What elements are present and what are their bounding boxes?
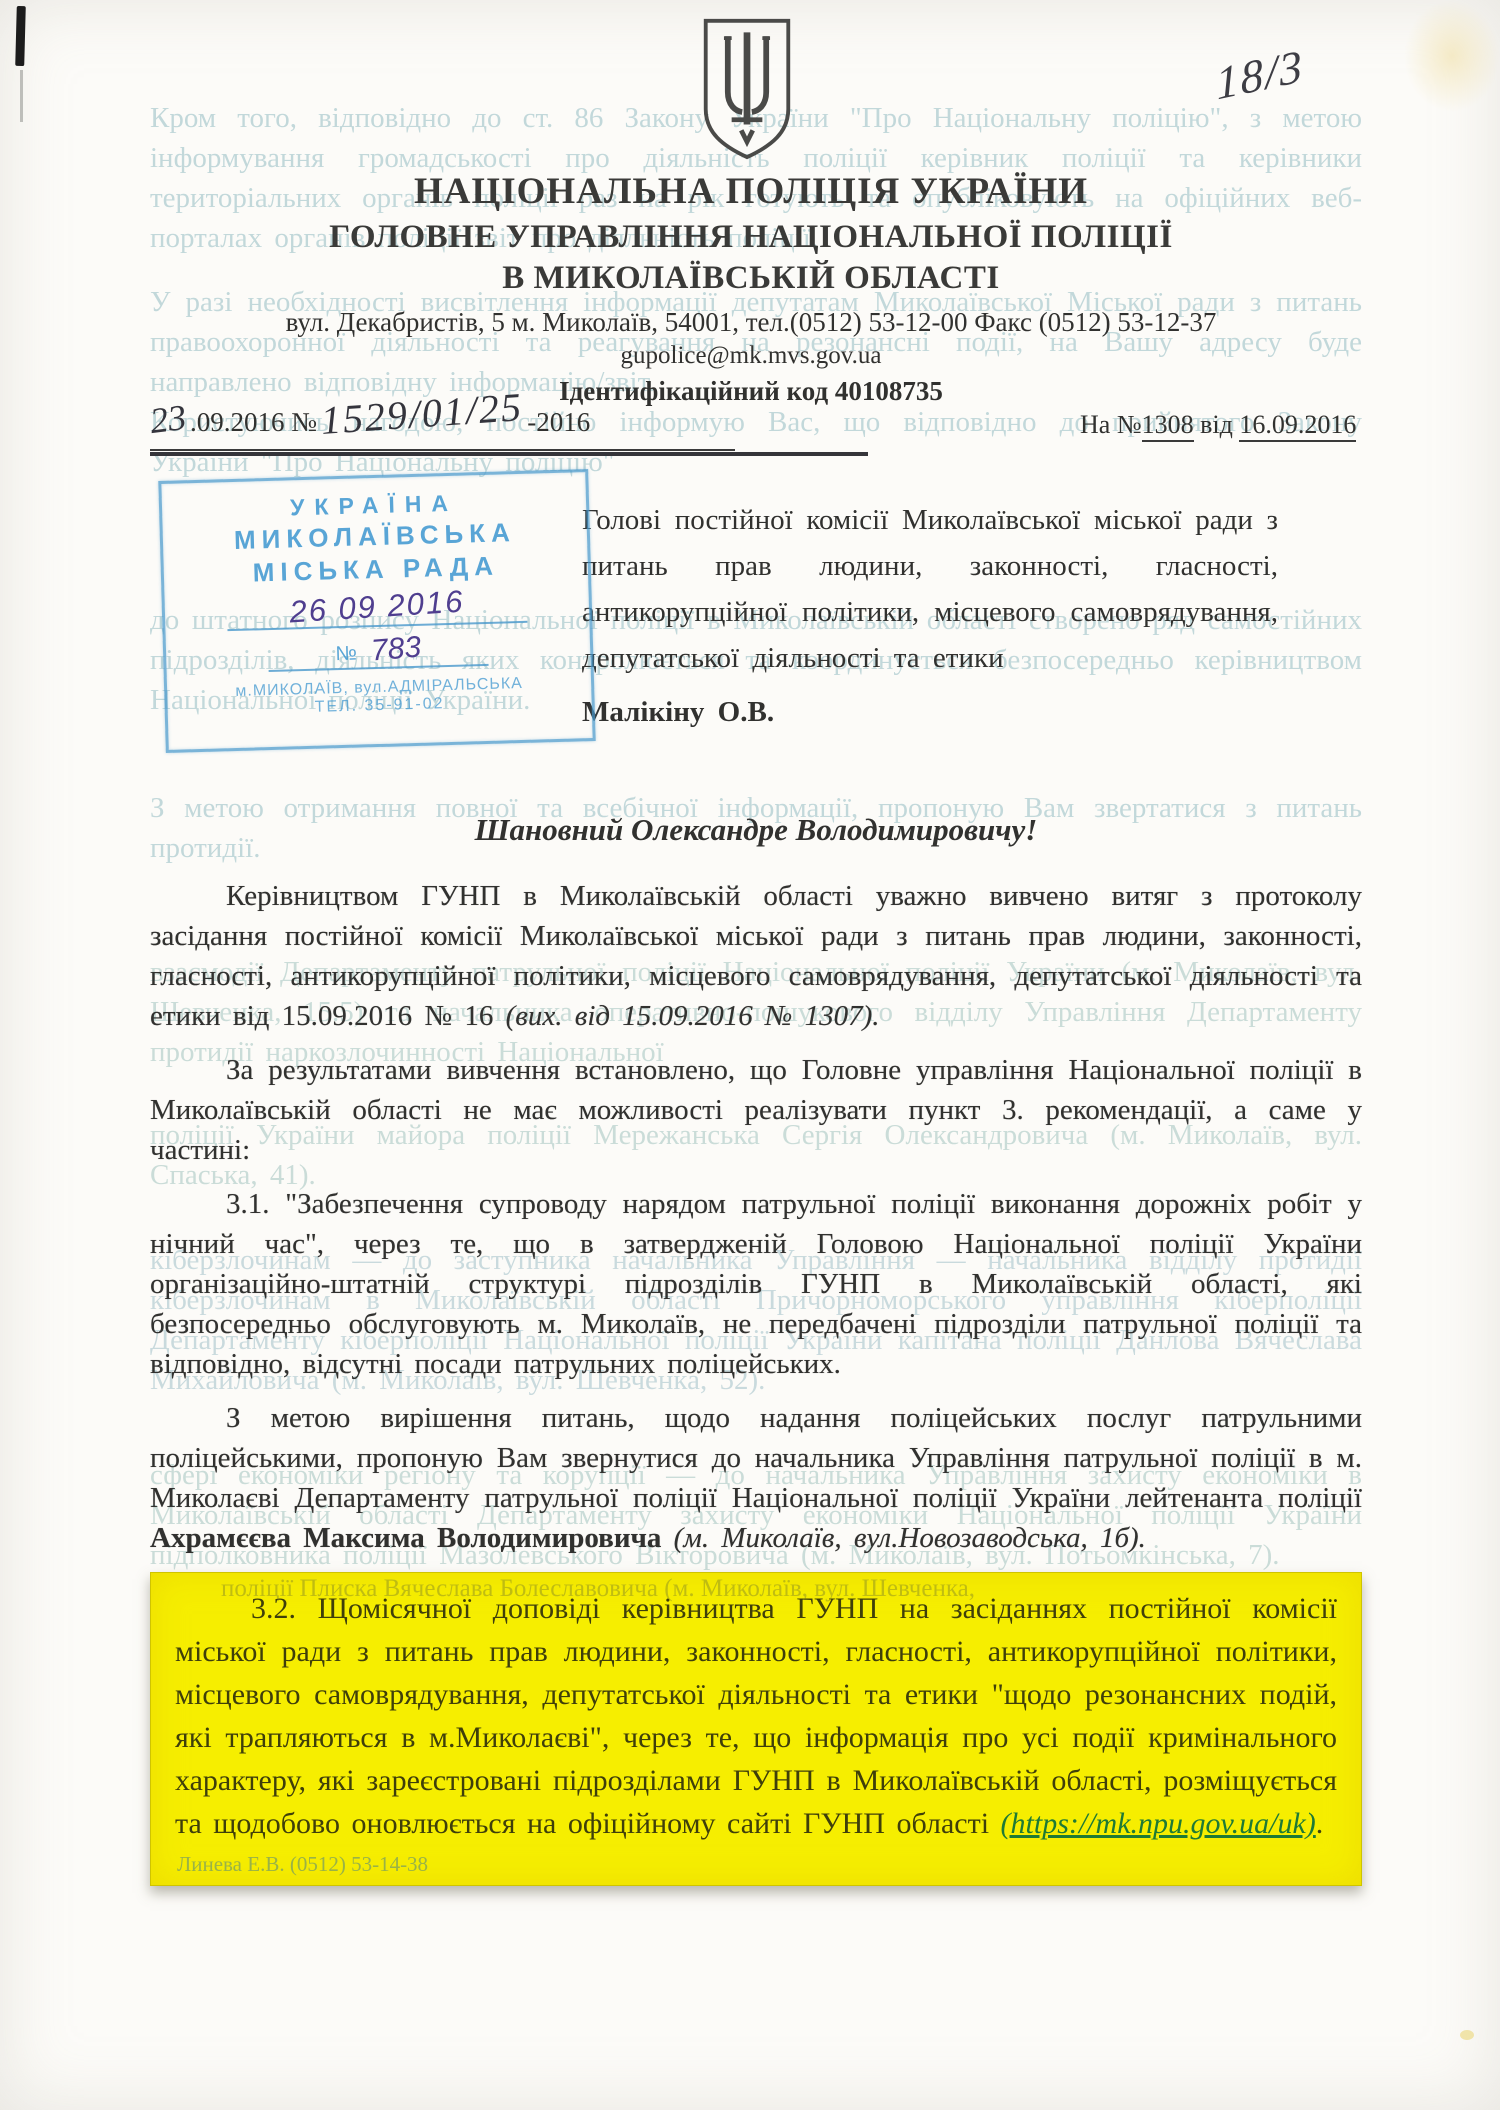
stamp-handwritten-number: 783 [370,631,423,669]
coat-of-arms-trident-icon [699,16,795,162]
letter-body: Шановний Олександре Володимировичу! Кері… [150,812,1362,1886]
addressee-title: Голові постійної комісії Миколаївської м… [582,504,1278,674]
paragraph-4-text: З метою вирішення питань, щодо надання п… [150,1402,1362,1514]
number-suffix: -2016 [527,407,590,437]
reply-date: 16.09.2016 [1239,410,1356,442]
reply-prefix: На № [1080,410,1142,439]
incoming-reference-line: На №1308 від 16.09.2016 [1080,410,1362,440]
clause-3-2-body: 3.2. Щомісячної доповіді керівництва ГУН… [175,1592,1337,1840]
org-name-line1: НАЦІОНАЛЬНА ПОЛІЦІЯ УКРАЇНИ [145,170,1357,213]
outgoing-reference-line: 23.09.2016 №1529/01/25-2016 [150,394,735,451]
paragraph-2: За результатами вивчення встановлено, що… [150,1050,1362,1170]
org-name-line3: В МИКОЛАЇВСЬКІЙ ОБЛАСТІ [145,260,1357,297]
executor-contact-faint: Линева Е.В. (0512) 53-14-38 [177,1852,428,1877]
letterhead: НАЦІОНАЛЬНА ПОЛІЦІЯ УКРАЇНИ ГОЛОВНЕ УПРА… [145,170,1357,407]
org-email: gupolice@mk.mvs.gov.ua [145,342,1357,370]
org-name-line2: ГОЛОВНЕ УПРАВЛІННЯ НАЦІОНАЛЬНОЇ ПОЛІЦІЇ [145,219,1357,256]
reply-mid: від [1194,410,1240,439]
official-address: (м. Миколаїв, вул.Новозаводська, 1б). [661,1522,1146,1554]
salutation: Шановний Олександре Володимировичу! [150,812,1362,848]
bleed-through-text: поліції Плиска Вячеслава Болеславовича (… [221,1575,975,1603]
official-name: Ахрамєєва Максима Володимировича [150,1522,661,1554]
paragraph-4: З метою вирішення питань, щодо надання п… [150,1398,1362,1558]
clause-3-2-text: 3.2. Щомісячної доповіді керівництва ГУН… [175,1587,1337,1845]
clause-3-2-period: . [1316,1807,1324,1840]
stamp-number-label: № [335,643,357,666]
addressee-name: Малікіну О.В. [582,689,1278,735]
paragraph-1-ref: (вих. від 15.09.2016 № 1307). [506,1000,880,1032]
addressee-block: Голові постійної комісії Миколаївської м… [582,497,1278,735]
document-page: Кром того, відповідно до ст. 86 Закону У… [0,0,1500,2110]
date-printed: .09.2016 № [190,407,317,437]
horizontal-rule [150,452,868,456]
scan-artifact-mark [15,6,26,66]
handwritten-day: 23 [148,396,189,442]
highlighted-clause-3-2: поліції Плиска Вячеслава Болеславовича (… [150,1572,1362,1886]
org-address: вул. Декабристів, 5 м. Миколаїв, 54001, … [145,307,1357,338]
paragraph-1: Керівництвом ГУНП в Миколаївській област… [150,876,1362,1036]
reply-number: 1308 [1142,410,1194,442]
paragraph-3-1: 3.1. "Забезпечення супроводу нарядом пат… [150,1184,1362,1384]
scan-artifact-mark-light [20,70,23,122]
city-council-stamp: УКРАЇНА МИКОЛАЇВСЬКА МІСЬКА РАДА 26 09 2… [158,469,595,753]
scan-speck [1460,2030,1474,2040]
gunp-site-link[interactable]: (https://mk.npu.gov.ua/uk) [1001,1807,1316,1840]
